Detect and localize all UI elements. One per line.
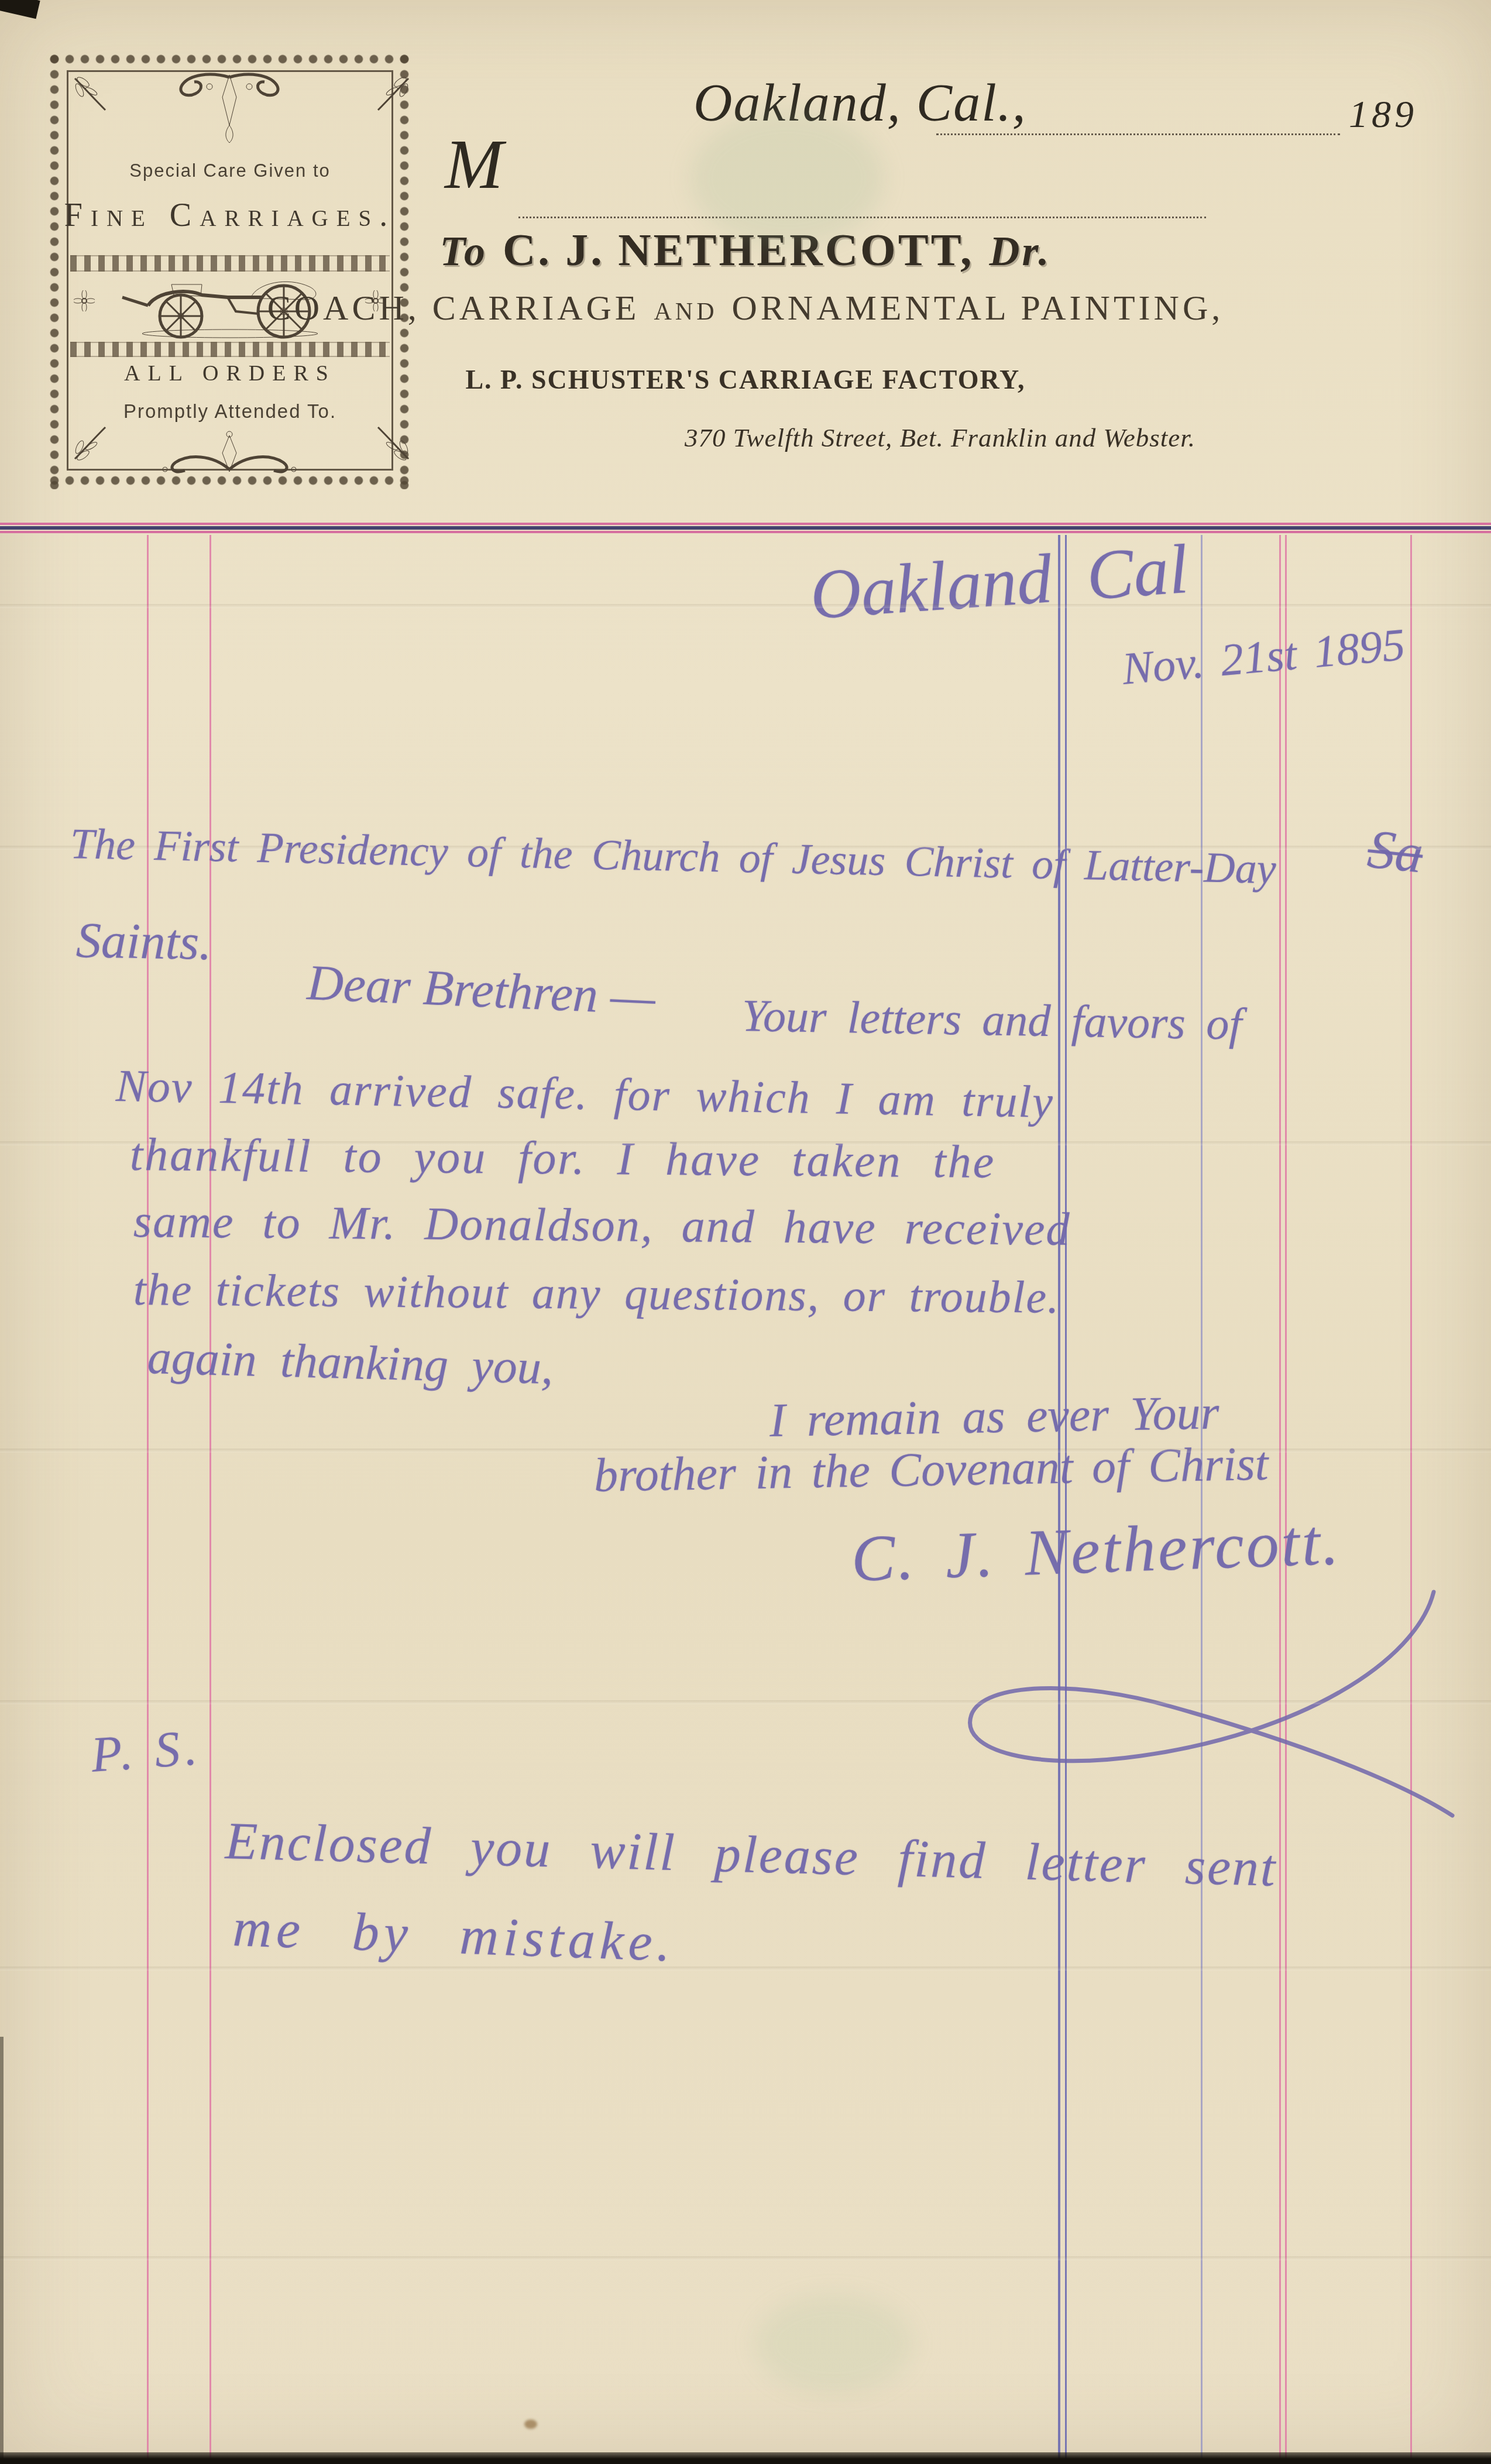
- badge-care-line: Special Care Given to: [47, 160, 413, 181]
- column-line-blue: [1065, 535, 1067, 2464]
- masthead-address-line: 370 Twelfth Street, Bet. Franklin and We…: [685, 423, 1195, 453]
- hw-recipient-line: The First Presidency of the Church of Je…: [70, 819, 1276, 894]
- badge-bottom-crest-ornament: [142, 431, 317, 476]
- leaf-sprig-icon: [71, 424, 110, 462]
- hw-city: Oakland Cal: [808, 529, 1191, 636]
- hw-date: Nov. 21st 1895: [1120, 618, 1407, 695]
- paper-crease: [0, 1967, 1491, 1971]
- paper-crease: [0, 1700, 1491, 1704]
- masthead-dr-word: Dr.: [989, 228, 1051, 274]
- tagline-right: ORNAMENTAL PAINTING,: [731, 289, 1224, 327]
- green-stain: [755, 2294, 913, 2394]
- leaf-sprig-icon: [373, 424, 412, 462]
- hw-ps-line: me by mistake.: [232, 1896, 676, 1974]
- dateline-fill-line: [936, 133, 1340, 135]
- paper-crease: [0, 846, 1491, 850]
- hw-salutation: Dear Brethren —: [306, 953, 657, 1027]
- addressee-prefix: M: [445, 124, 503, 205]
- dateline-year: 189: [1349, 92, 1417, 137]
- paper-crease: [0, 1141, 1491, 1145]
- hw-body-line: same to Mr. Donaldson, and have received: [133, 1195, 1071, 1257]
- badge-lace-top: [47, 52, 413, 68]
- hw-body-line: the tickets without any questions, or tr…: [133, 1263, 1060, 1324]
- hw-ps-label: P. S.: [90, 1718, 204, 1784]
- column-line-blue: [1058, 535, 1060, 2464]
- letter-page: Special Care Given to Fine Carriages.: [0, 0, 1491, 2464]
- leaf-sprig-icon: [71, 75, 110, 114]
- hw-recipient-line2: Saints.: [75, 911, 212, 972]
- masthead-tagline: COACH, CARRIAGE AND ORNAMENTAL PAINTING,: [0, 288, 1491, 328]
- hw-body-line: again thanking you,: [147, 1330, 554, 1395]
- hw-body-line: thankfull to you for. I have taken the: [130, 1128, 996, 1189]
- hw-closing-line: brother in the Covenant of Christ: [593, 1436, 1269, 1503]
- badge-top-crest-ornament: [153, 69, 305, 145]
- scan-corner-mark: [0, 0, 40, 19]
- column-line-pink: [1285, 535, 1287, 2464]
- masthead-to-word: To: [440, 228, 487, 274]
- paper-crease: [0, 1449, 1491, 1453]
- badge-promptly-line: Promptly Attended To.: [47, 400, 413, 423]
- hw-body-line: Your letters and favors of: [741, 989, 1242, 1051]
- paper-crease: [0, 604, 1491, 608]
- scan-edge-bottom: [0, 2452, 1491, 2464]
- tagline-left: COACH, CARRIAGE: [267, 289, 640, 327]
- column-line-pink: [1279, 535, 1281, 2464]
- paper-crease: [0, 2256, 1491, 2260]
- column-line-blue-light: [1201, 535, 1203, 2464]
- hw-body-line: Nov 14th arrived safe. for which I am tr…: [115, 1059, 1054, 1128]
- brown-spot: [524, 2420, 537, 2429]
- green-stain: [690, 111, 884, 246]
- masthead-factory-line: L. P. SCHUSTER'S CARRIAGE FACTORY,: [0, 364, 1491, 395]
- hw-struck-word: Sa: [1365, 817, 1426, 886]
- tagline-and: AND: [654, 298, 717, 325]
- leaf-sprig-icon: [373, 75, 412, 114]
- header-divider-rule: [0, 523, 1491, 534]
- scan-edge-left: [0, 2037, 4, 2464]
- badge-divider-band: [70, 342, 390, 357]
